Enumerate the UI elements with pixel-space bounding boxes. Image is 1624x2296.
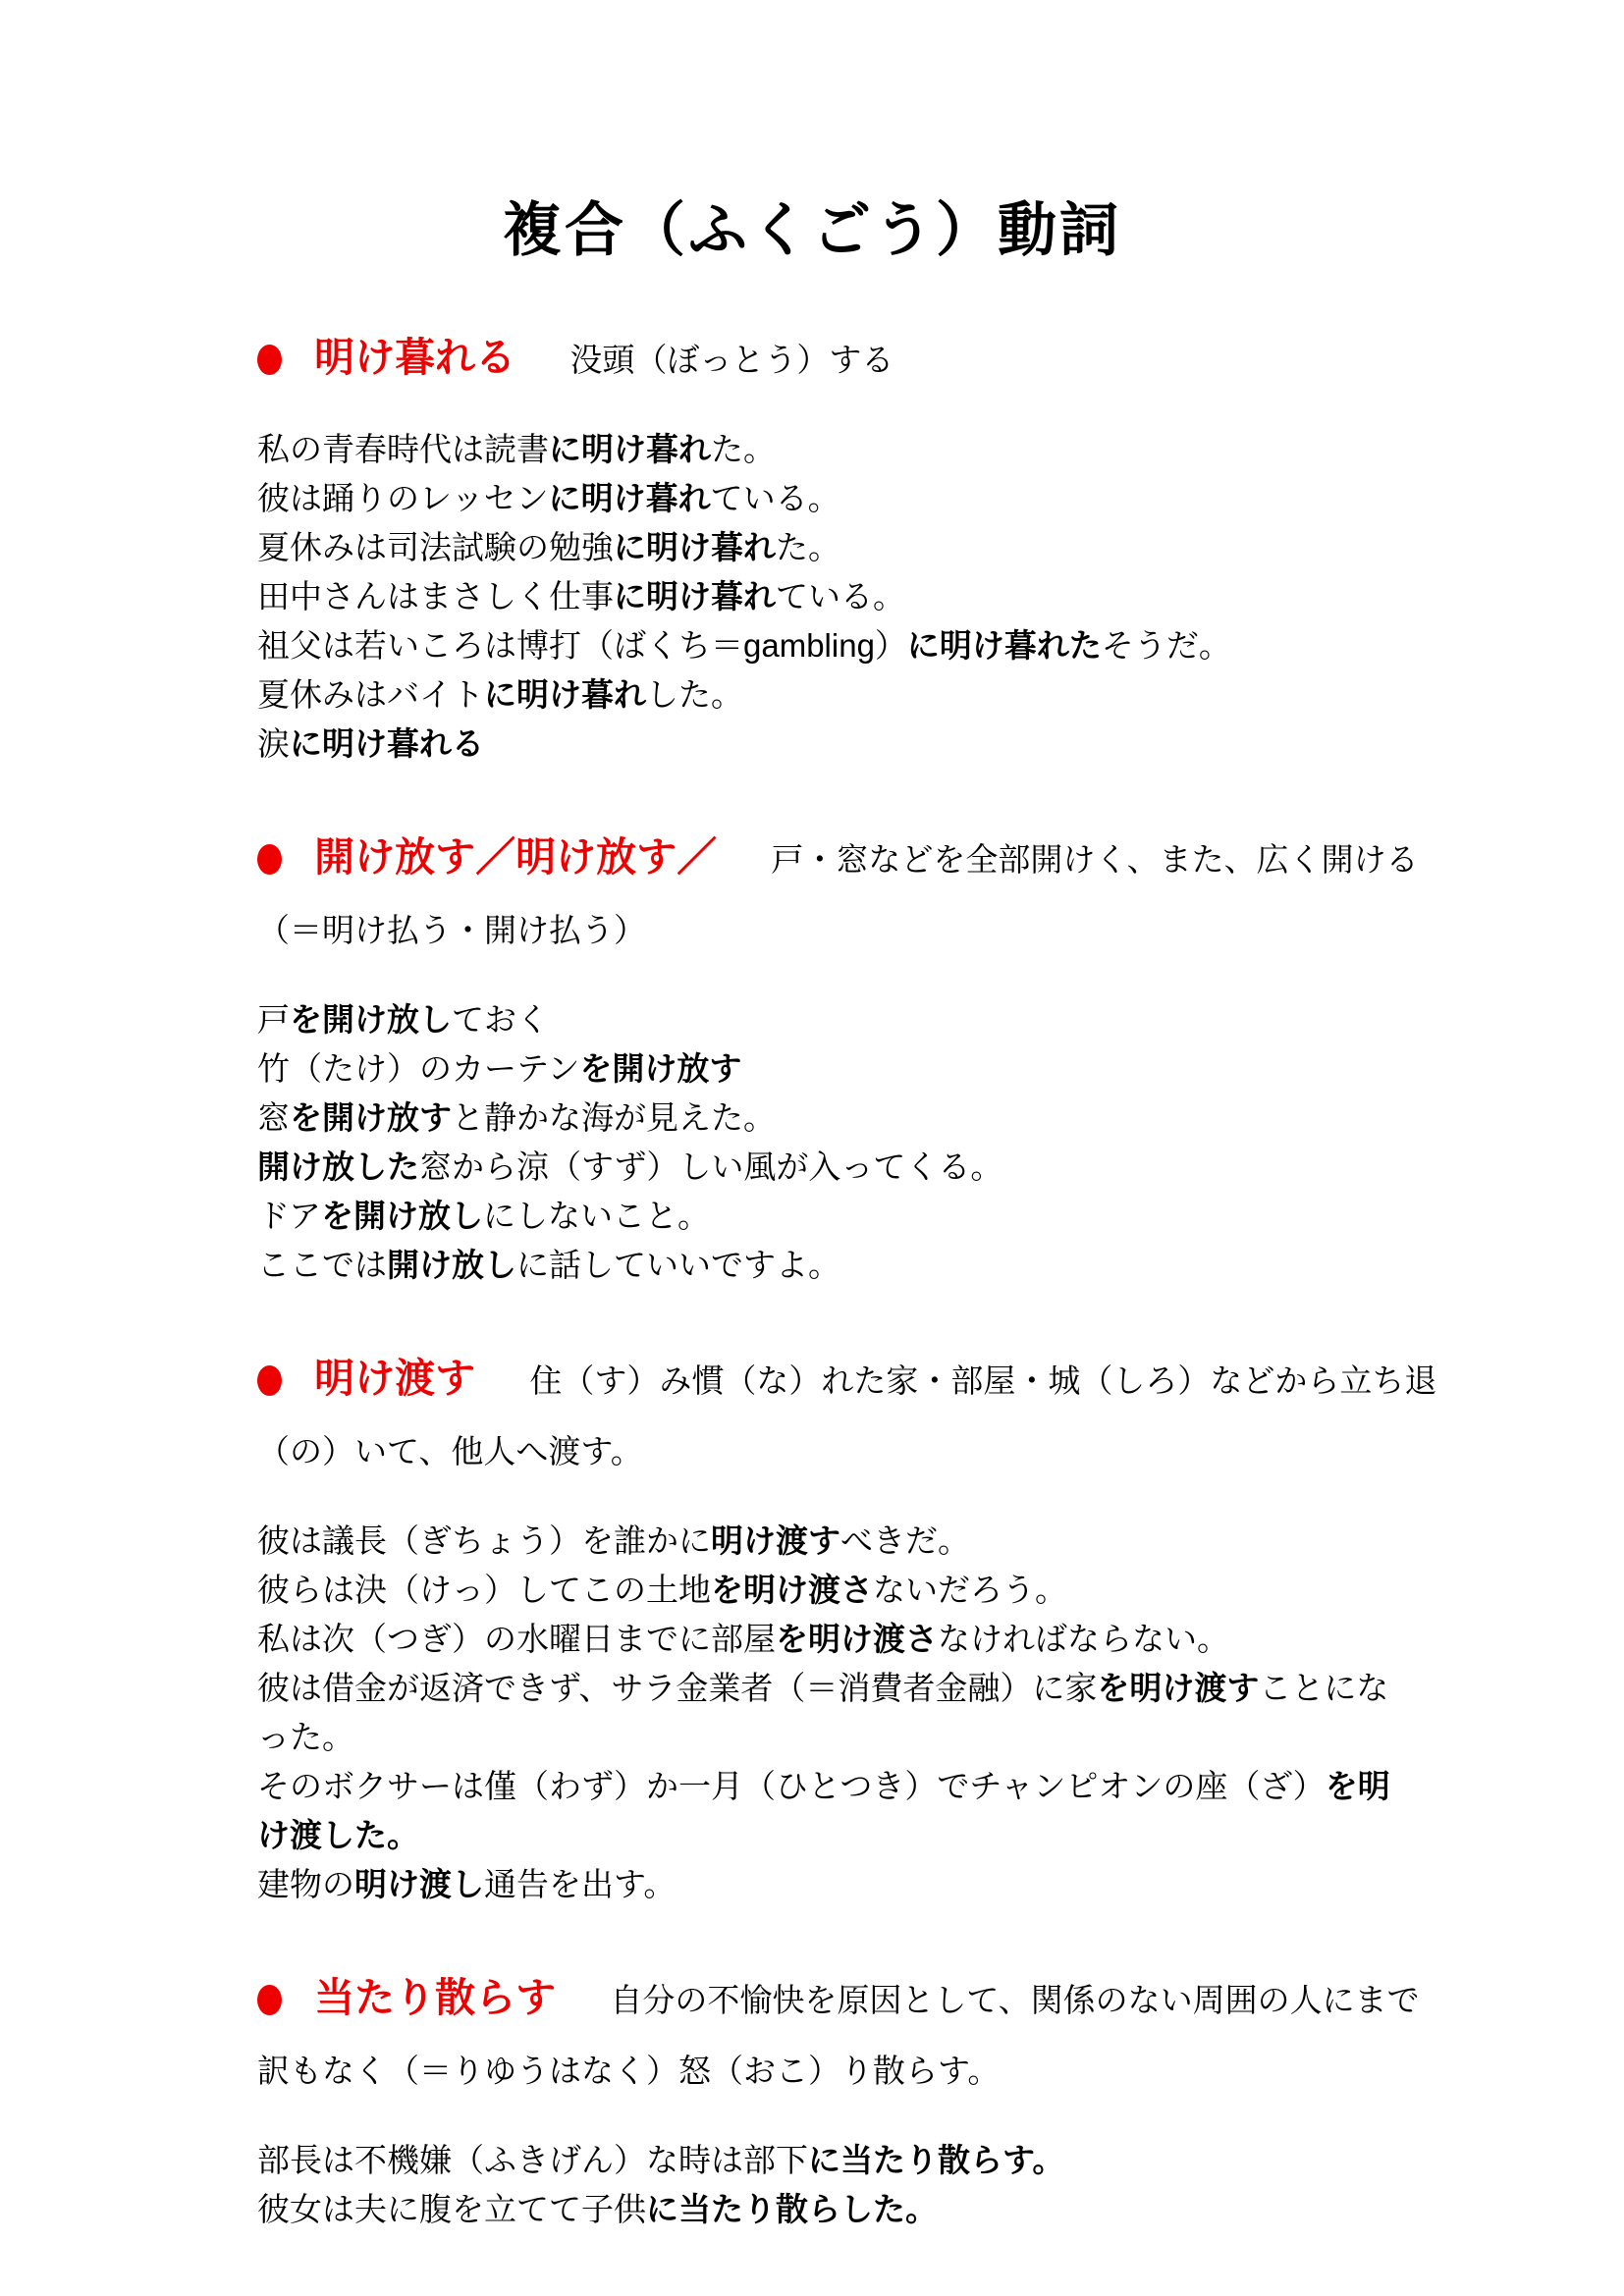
example-sentence: 私の青春時代は読書に明け暮れた。 <box>257 425 1408 474</box>
bold-verb-segment: に当たり散らした。 <box>646 2191 938 2227</box>
text-segment: ここでは <box>257 1247 387 1283</box>
example-sentence: 田中さんはまさしく仕事に明け暮れている。 <box>257 572 1408 621</box>
bold-verb-segment: に明け暮れた <box>907 627 1102 664</box>
section-definition: 没頭（ぼっとう）する <box>569 342 893 378</box>
bold-verb-segment: を開け放す <box>579 1050 741 1087</box>
bold-verb-segment: に明け暮れる <box>290 725 484 762</box>
bold-verb-segment: に明け暮れ <box>614 529 776 565</box>
bold-verb-segment: を開け放し <box>290 1001 452 1038</box>
text-segment: 彼は議長（ぎちょう）を誰かに <box>257 1522 711 1559</box>
example-sentence: 彼は議長（ぎちょう）を誰かに明け渡すべきだ。 <box>257 1517 1408 1566</box>
text-segment: 彼は借金が返済できず、サラ金業者（＝消費者金融）に家 <box>257 1670 1097 1706</box>
example-sentence: 建物の明け渡し通告を出す。 <box>257 1860 1408 1909</box>
bold-verb-segment: に明け暮れ <box>549 431 711 467</box>
verb-section: 明け暮れる 没頭（ぼっとう）する 私の青春時代は読書に明け暮れた。彼は踊りのレッ… <box>257 322 1445 769</box>
text-segment: 建物の <box>257 1866 354 1902</box>
bold-verb-segment: に明け暮れ <box>484 676 646 713</box>
section-header: 当たり散らす 自分の不愉快を原因として、関係のない周囲の人にまで訳もなく（＝りゆ… <box>257 1962 1445 2107</box>
bullet-icon <box>257 844 282 875</box>
bold-verb-segment: を明け渡さ <box>776 1621 938 1657</box>
text-segment: た。 <box>776 529 840 565</box>
example-sentence: 涙に明け暮れる <box>257 720 1408 769</box>
page-title: 複合（ふくごう）動詞 <box>0 0 1624 269</box>
text-segment: ておく <box>452 1001 549 1038</box>
example-sentence: そのボクサーは僅（わず）か一月（ひとつき）でチャンピオンの座（ざ）を明け渡した。 <box>257 1762 1408 1860</box>
section-headword: 明け渡す <box>314 1356 475 1401</box>
text-segment: そのボクサーは僅（わず）か一月（ひとつき）でチャンピオンの座（ざ） <box>257 1768 1326 1804</box>
example-sentence: 彼は借金が返済できず、サラ金業者（＝消費者金融）に家を明け渡すことになった。 <box>257 1664 1408 1762</box>
text-segment: 彼は踊りのレッセン <box>257 480 549 516</box>
text-segment: 戸 <box>257 1001 290 1038</box>
section-headword: 明け暮れる <box>314 335 515 380</box>
bold-verb-segment: を開け放し <box>321 1198 483 1234</box>
text-segment: 部長は不機嫌（ふきげん）な時は部下 <box>257 2142 808 2178</box>
text-segment: 田中さんはまさしく仕事 <box>257 578 614 614</box>
section-header: 明け暮れる 没頭（ぼっとう）する <box>257 322 1445 396</box>
text-segment: 夏休みはバイト <box>257 676 484 713</box>
section-header: 明け渡す 住（す）み慣（な）れた家・部屋・城（しろ）などから立ち退（の）いて、他… <box>257 1343 1445 1487</box>
example-list: 部長は不機嫌（ふきげん）な時は部下に当たり散らす。彼女は夫に腹を立てて子供に当た… <box>257 2136 1408 2234</box>
bold-verb-segment: 開け放し <box>387 1247 516 1283</box>
section-headword: 開け放す／明け放す／ <box>314 834 717 880</box>
example-sentence: 開け放した窓から涼（すず）しい風が入ってくる。 <box>257 1143 1408 1192</box>
text-segment: た。 <box>711 431 776 467</box>
text-segment: そうだ。 <box>1102 627 1231 664</box>
example-sentence: ドアを開け放しにしないこと。 <box>257 1192 1408 1241</box>
bold-verb-segment: に明け暮れ <box>614 578 776 614</box>
text-segment: 私は次（つぎ）の水曜日までに部屋 <box>257 1621 776 1657</box>
text-segment: なければならない。 <box>938 1621 1229 1657</box>
text-segment: 彼女は夫に腹を立てて子供 <box>257 2191 646 2227</box>
bullet-icon <box>257 345 282 375</box>
section-headword: 当たり散らす <box>314 1975 556 2020</box>
bold-verb-segment: 開け放した <box>257 1148 419 1185</box>
text-segment: した。 <box>646 676 743 713</box>
bold-verb-segment: 明け渡す <box>711 1522 840 1559</box>
example-sentence: 私は次（つぎ）の水曜日までに部屋を明け渡さなければならない。 <box>257 1615 1408 1664</box>
example-list: 私の青春時代は読書に明け暮れた。彼は踊りのレッセンに明け暮れている。夏休みは司法… <box>257 425 1408 769</box>
verb-section: 開け放す／明け放す／ 戸・窓などを全部開けく、また、広く開ける（＝明け払う・開け… <box>257 822 1445 1290</box>
bold-verb-segment: 明け渡し <box>354 1866 484 1902</box>
example-sentence: 彼女は夫に腹を立てて子供に当たり散らした。 <box>257 2185 1408 2234</box>
bold-verb-segment: を開け放す <box>290 1099 452 1136</box>
text-segment: 竹（たけ）のカーテン <box>257 1050 579 1087</box>
example-sentence: 彼らは決（けっ）してこの土地を明け渡さないだろう。 <box>257 1566 1408 1615</box>
text-segment: 彼らは決（けっ）してこの土地 <box>257 1572 711 1608</box>
text-segment: 通告を出す。 <box>484 1866 676 1902</box>
text-segment: 窓から涼（すず）しい風が入ってくる。 <box>419 1148 1002 1185</box>
verb-section: 明け渡す 住（す）み慣（な）れた家・部屋・城（しろ）などから立ち退（の）いて、他… <box>257 1343 1445 1909</box>
example-sentence: 夏休みはバイトに明け暮れした。 <box>257 670 1408 720</box>
sections-container: 明け暮れる 没頭（ぼっとう）する 私の青春時代は読書に明け暮れた。彼は踊りのレッ… <box>257 322 1445 2234</box>
bold-verb-segment: を明け渡さ <box>711 1572 873 1608</box>
text-segment: 涙 <box>257 725 290 762</box>
example-list: 彼は議長（ぎちょう）を誰かに明け渡すべきだ。彼らは決（けっ）してこの土地を明け渡… <box>257 1517 1408 1909</box>
text-segment: 私の青春時代は読書 <box>257 431 549 467</box>
bold-verb-segment: を明け渡す <box>1097 1670 1259 1706</box>
text-segment: ないだろう。 <box>873 1572 1067 1608</box>
verb-section: 当たり散らす 自分の不愉快を原因として、関係のない周囲の人にまで訳もなく（＝りゆ… <box>257 1962 1445 2234</box>
bold-verb-segment: に当たり散らす。 <box>808 2142 1064 2178</box>
example-sentence: 竹（たけ）のカーテンを開け放す <box>257 1044 1408 1094</box>
text-segment: ドア <box>257 1198 321 1234</box>
text-segment: べきだ。 <box>840 1522 970 1559</box>
text-segment: 祖父は若いころは博打（ばくち＝gambling） <box>257 627 907 664</box>
text-segment: 窓 <box>257 1099 290 1136</box>
text-segment: に話していいですよ。 <box>516 1247 840 1283</box>
bold-verb-segment: に明け暮れ <box>549 480 711 516</box>
text-segment: ている。 <box>776 578 905 614</box>
example-sentence: 窓を開け放すと静かな海が見えた。 <box>257 1094 1408 1143</box>
example-sentence: 祖父は若いころは博打（ばくち＝gambling）に明け暮れたそうだ。 <box>257 621 1408 670</box>
example-sentence: 部長は不機嫌（ふきげん）な時は部下に当たり散らす。 <box>257 2136 1408 2185</box>
text-segment: と静かな海が見えた。 <box>452 1099 776 1136</box>
text-segment: にしないこと。 <box>483 1198 710 1234</box>
example-sentence: 夏休みは司法試験の勉強に明け暮れた。 <box>257 523 1408 572</box>
example-sentence: 彼は踊りのレッセンに明け暮れている。 <box>257 474 1408 523</box>
text-segment: 夏休みは司法試験の勉強 <box>257 529 614 565</box>
example-sentence: ここでは開け放しに話していいですよ。 <box>257 1241 1408 1290</box>
text-segment: ている。 <box>711 480 840 516</box>
example-list: 戸を開け放しておく竹（たけ）のカーテンを開け放す窓を開け放すと静かな海が見えた。… <box>257 995 1408 1290</box>
bullet-icon <box>257 1985 282 2015</box>
section-header: 開け放す／明け放す／ 戸・窓などを全部開けく、また、広く開ける（＝明け払う・開け… <box>257 822 1445 966</box>
bullet-icon <box>257 1365 282 1396</box>
document-page: 複合（ふくごう）動詞 明け暮れる 没頭（ぼっとう）する 私の青春時代は読書に明け… <box>0 0 1624 2296</box>
example-sentence: 戸を開け放しておく <box>257 995 1408 1044</box>
